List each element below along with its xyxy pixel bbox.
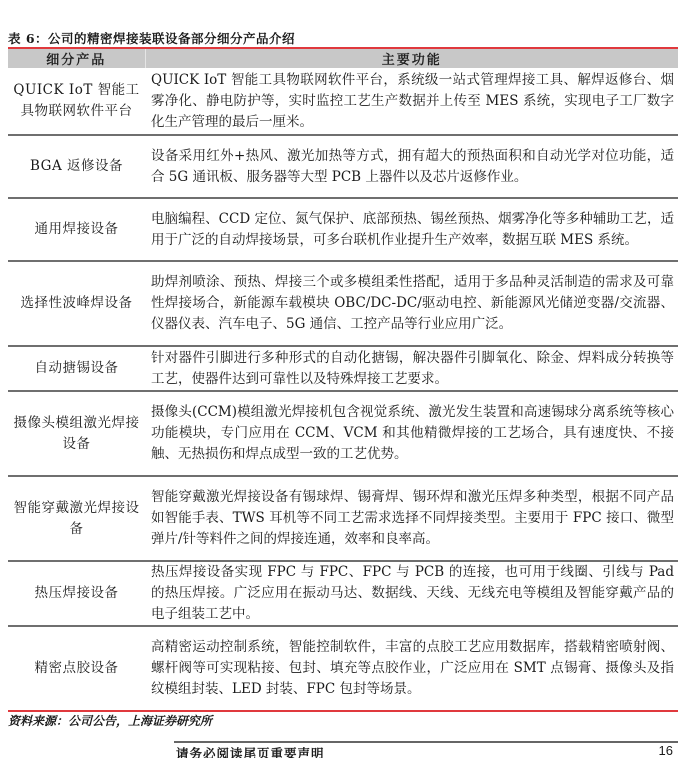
product-cell: 通用焊接设备 bbox=[8, 198, 145, 261]
product-table-container: 细分产品 主要功能 QUICK IoT 智能工具物联网软件平台 QUICK Io… bbox=[8, 47, 678, 712]
table-row: 精密点胶设备 高精密运动控制系统，智能控制软件，丰富的点胶工艺应用数据库，搭载精… bbox=[8, 626, 678, 711]
function-cell: 助焊剂喷涂、预热、焊接三个或多模组柔性搭配，适用于多品种灵活制造的需求及可靠性焊… bbox=[145, 261, 678, 346]
table-row: 热压焊接设备 热压焊接设备实现 FPC 与 FPC、FPC 与 PCB 的连接，… bbox=[8, 561, 678, 626]
function-cell: 热压焊接设备实现 FPC 与 FPC、FPC 与 PCB 的连接，也可用于线圈、… bbox=[145, 561, 678, 626]
page-number: 16 bbox=[659, 743, 673, 758]
table-row: QUICK IoT 智能工具物联网软件平台 QUICK IoT 智能工具物联网软… bbox=[8, 68, 678, 135]
product-cell: 自动搪锡设备 bbox=[8, 346, 145, 391]
product-cell: QUICK IoT 智能工具物联网软件平台 bbox=[8, 68, 145, 135]
table-row: 通用焊接设备 电脑编程、CCD 定位、氮气保护、底部预热、锡丝预热、烟雾净化等多… bbox=[8, 198, 678, 261]
source-note: 资料来源：公司公告，上海证券研究所 bbox=[8, 712, 212, 729]
function-cell: 摄像头(CCM)模组激光焊接机包含视觉系统、激光发生装置和高速锡球分离系统等核心… bbox=[145, 391, 678, 476]
product-cell: 精密点胶设备 bbox=[8, 626, 145, 711]
function-cell: 设备采用红外+热风、激光加热等方式，拥有超大的预热面积和自动光学对位功能，适合 … bbox=[145, 135, 678, 198]
table-row: 自动搪锡设备 针对器件引脚进行多种形式的自动化搪锡，解决器件引脚氧化、除金、焊料… bbox=[8, 346, 678, 391]
product-cell: BGA 返修设备 bbox=[8, 135, 145, 198]
table-row: 摄像头模组激光焊接设备 摄像头(CCM)模组激光焊接机包含视觉系统、激光发生装置… bbox=[8, 391, 678, 476]
function-cell: 高精密运动控制系统，智能控制软件，丰富的点胶工艺应用数据库，搭载精密喷射阀、螺杆… bbox=[145, 626, 678, 711]
function-cell: 智能穿戴激光焊接设备有锡球焊、锡膏焊、锡环焊和激光压焊多种类型，根据不同产品如智… bbox=[145, 476, 678, 561]
header-function: 主要功能 bbox=[145, 49, 678, 68]
table-row: 智能穿戴激光焊接设备 智能穿戴激光焊接设备有锡球焊、锡膏焊、锡环焊和激光压焊多种… bbox=[8, 476, 678, 561]
table-header-row: 细分产品 主要功能 bbox=[8, 49, 678, 68]
product-cell: 智能穿戴激光焊接设备 bbox=[8, 476, 145, 561]
function-cell: 针对器件引脚进行多种形式的自动化搪锡，解决器件引脚氧化、除金、焊料成分转换等工艺… bbox=[145, 346, 678, 391]
header-product: 细分产品 bbox=[8, 49, 145, 68]
product-table: 细分产品 主要功能 QUICK IoT 智能工具物联网软件平台 QUICK Io… bbox=[8, 49, 678, 712]
footer-divider bbox=[174, 741, 678, 743]
table-row: BGA 返修设备 设备采用红外+热风、激光加热等方式，拥有超大的预热面积和自动光… bbox=[8, 135, 678, 198]
function-cell: QUICK IoT 智能工具物联网软件平台，系统级一站式管理焊接工具、解焊返修台… bbox=[145, 68, 678, 135]
table-row: 选择性波峰焊设备 助焊剂喷涂、预热、焊接三个或多模组柔性搭配，适用于多品种灵活制… bbox=[8, 261, 678, 346]
function-cell: 电脑编程、CCD 定位、氮气保护、底部预热、锡丝预热、烟雾净化等多种辅助工艺，适… bbox=[145, 198, 678, 261]
product-cell: 选择性波峰焊设备 bbox=[8, 261, 145, 346]
disclaimer-notice: 请务必阅读尾页重要声明 bbox=[176, 744, 325, 758]
table-title: 表 6：公司的精密焊接装联设备部分细分产品介绍 bbox=[8, 29, 295, 47]
product-cell: 摄像头模组激光焊接设备 bbox=[8, 391, 145, 476]
product-cell: 热压焊接设备 bbox=[8, 561, 145, 626]
